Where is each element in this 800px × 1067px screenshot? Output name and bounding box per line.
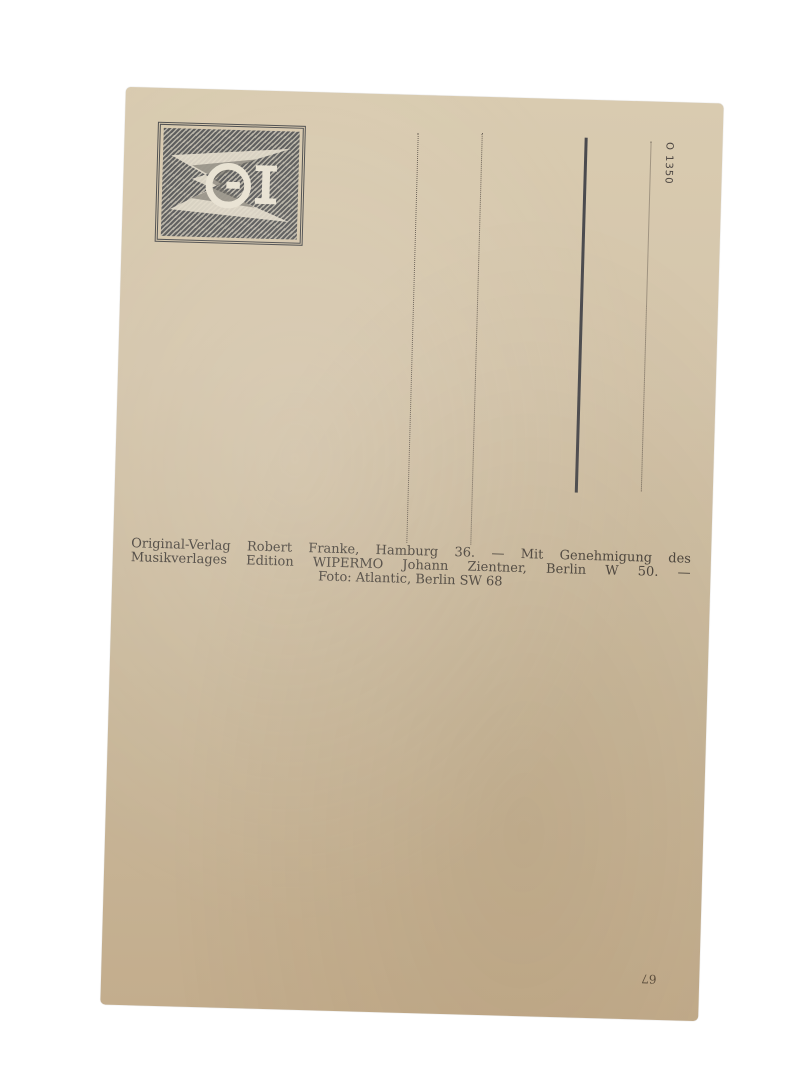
- address-divider-solid: [575, 138, 588, 493]
- publisher-logo: [155, 122, 306, 246]
- postcard-back: O 1350 Original-Verlag Robert Franke, Ha…: [100, 87, 723, 1021]
- address-divider-dotted-3: [641, 142, 652, 492]
- publisher-monogram-logo-icon: [161, 128, 300, 240]
- address-divider-dotted-1: [406, 133, 418, 543]
- corner-number: 67: [641, 972, 657, 986]
- address-divider-dotted-2: [470, 133, 483, 545]
- publisher-imprint: Original-Verlag Robert Franke, Hamburg 3…: [130, 537, 691, 595]
- catalog-code: O 1350: [662, 142, 674, 185]
